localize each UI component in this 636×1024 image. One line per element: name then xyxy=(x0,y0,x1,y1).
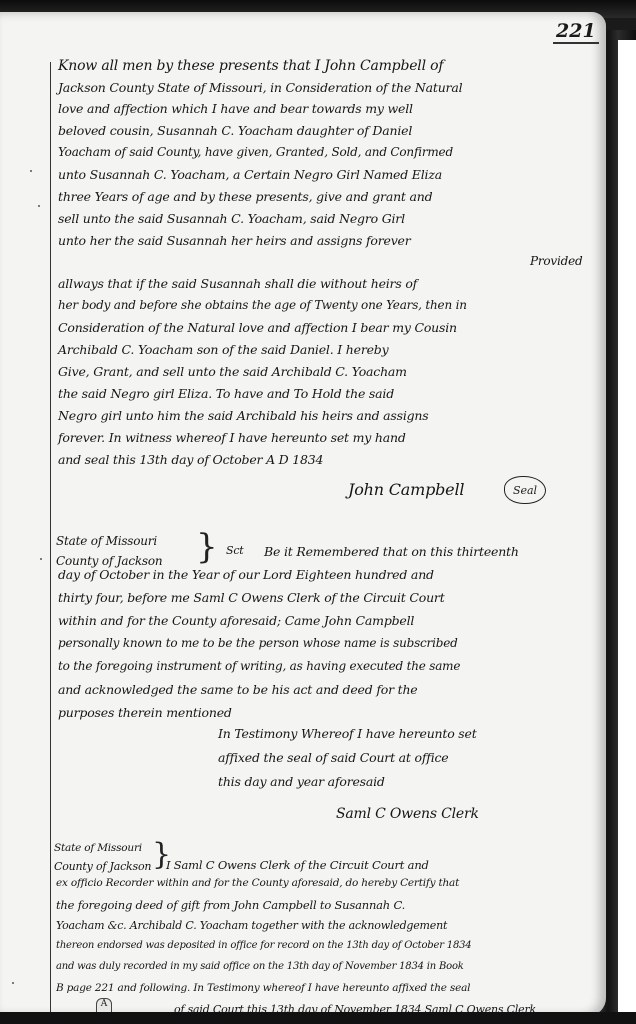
ack-line: Be it Remembered that on this thirteenth xyxy=(264,544,519,559)
cert-line: and was duly recorded in my said office … xyxy=(56,961,464,972)
deed-line: Yoacham of said County, have given, Gran… xyxy=(58,145,453,159)
ack-ss: Sct xyxy=(226,544,244,557)
scan-right-edge xyxy=(618,40,636,1024)
ack-line: personally known to me to be the person … xyxy=(58,636,458,650)
ack-line: day of October in the Year of our Lord E… xyxy=(58,567,434,582)
deed-line: Know all men by these presents that I Jo… xyxy=(58,58,443,74)
cert-line: B page 221 and following. In Testimony w… xyxy=(56,982,470,994)
deed-line: allways that if the said Susannah shall … xyxy=(58,276,417,291)
page-number: 221 xyxy=(556,20,596,42)
deed-line: her body and before she obtains the age … xyxy=(58,298,467,312)
paper-speck xyxy=(30,170,32,172)
ack-line: thirty four, before me Saml C Owens Cler… xyxy=(58,590,445,605)
deed-line: the said Negro girl Eliza. To have and T… xyxy=(58,386,394,401)
cert-line: the foregoing deed of gift from John Cam… xyxy=(56,898,405,912)
deed-line: Negro girl unto him the said Archibald h… xyxy=(58,408,429,423)
clerk-signature: Saml C Owens Clerk xyxy=(336,806,479,822)
testimony-line: In Testimony Whereof I have hereunto set xyxy=(218,726,477,741)
deed-line: unto Susannah C. Yoacham, a Certain Negr… xyxy=(58,167,442,182)
cert-line: ex officio Recorder within and for the C… xyxy=(56,877,459,889)
cert-venue-county: County of Jackson xyxy=(54,860,151,873)
deed-line: sell unto the said Susannah C. Yoacham, … xyxy=(58,211,405,226)
cert-line: Yoacham &c. Archibald C. Yoacham togethe… xyxy=(56,919,447,932)
cert-venue-state: State of Missouri xyxy=(54,842,142,854)
deed-line: Give, Grant, and sell unto the said Arch… xyxy=(58,364,407,379)
ack-line: within and for the County aforesaid; Cam… xyxy=(58,613,414,628)
deed-line: beloved cousin, Susannah C. Yoacham daug… xyxy=(58,123,412,138)
cert-line: I Saml C Owens Clerk of the Circuit Cour… xyxy=(166,858,429,872)
paper-speck xyxy=(40,558,42,560)
deed-line: love and affection which I have and bear… xyxy=(58,101,413,116)
page-number-flourish xyxy=(553,42,599,44)
ack-line: purposes therein mentioned xyxy=(58,705,232,720)
grantor-signature: John Campbell xyxy=(348,480,464,499)
testimony-line: this day and year aforesaid xyxy=(218,774,385,789)
cert-line: thereon endorsed was deposited in office… xyxy=(56,940,471,951)
ack-venue-county: County of Jackson xyxy=(56,554,162,568)
scan-bottom-edge xyxy=(0,1012,636,1024)
left-margin-rule xyxy=(50,62,51,1024)
deed-line: unto her the said Susannah her heirs and… xyxy=(58,233,411,248)
deed-line: Archibald C. Yoacham son of the said Dan… xyxy=(58,342,388,357)
paper-speck xyxy=(38,205,40,207)
ack-line: to the foregoing instrument of writing, … xyxy=(58,659,460,673)
deed-line: and seal this 13th day of October A D 18… xyxy=(58,452,323,467)
ack-line: and acknowledged the same to be his act … xyxy=(58,682,418,697)
deed-line: Consideration of the Natural love and af… xyxy=(58,320,457,335)
deed-line: forever. In witness whereof I have hereu… xyxy=(58,430,406,445)
venue-brace: } xyxy=(196,530,218,564)
testimony-line: affixed the seal of said Court at office xyxy=(218,750,449,765)
seal-mark: Seal xyxy=(504,476,546,504)
deed-line: Jackson County State of Missouri, in Con… xyxy=(58,80,462,95)
deed-line: three Years of age and by these presents… xyxy=(58,189,432,204)
ack-venue-state: State of Missouri xyxy=(56,534,157,548)
paper-speck xyxy=(12,982,14,984)
proviso-word: Provided xyxy=(530,254,583,268)
